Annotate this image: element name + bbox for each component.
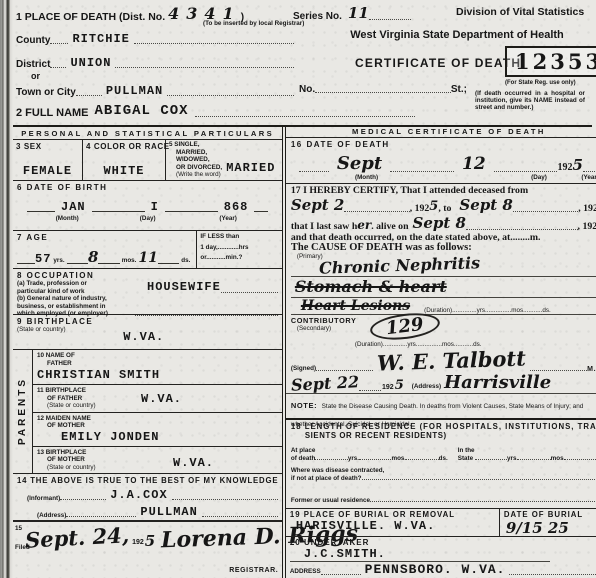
sign-date-address-line: Sept 22 192 5 (Address) Harrisville (286, 373, 596, 394)
contributory-code-value: 129 (385, 314, 425, 339)
if-less-line: 1 day,............hrs (200, 244, 279, 252)
informant-address-line: (Address) PULLMAN (17, 505, 278, 519)
medical-section-bar: MEDICAL CERTIFICATE OF DEATH (286, 127, 596, 138)
signed-label: (Signed) (291, 365, 316, 373)
filed-date-hand: Sept. 24, (24, 522, 129, 552)
filed-item-number: 15 (15, 525, 22, 533)
dotted-line (370, 500, 596, 502)
father-name-label: 10 NAME OF (37, 352, 278, 360)
mother-bp-label2: OF MOTHER (37, 456, 133, 464)
year-caption: (Year) (547, 174, 596, 181)
father-bp-label: 11 BIRTHPLACE (37, 387, 133, 395)
age-days-value: 11 (138, 250, 157, 266)
division-title: Division of Vital Statistics (456, 6, 584, 18)
last-saw-pre: that I last saw h (291, 221, 357, 232)
filed-block: 15 Filed Sept. 24, 192 5 Lorena D. Riggs… (13, 522, 282, 578)
cause-label: The CAUSE OF DEATH was as follows: (291, 242, 596, 253)
attended-from-date-hand: Sept 2 (291, 196, 344, 214)
dod-label: 16 DATE OF DEATH (291, 140, 596, 149)
burial-place-cell: 19 PLACE OF BURIAL OR REMOVAL HARISVILLE… (286, 509, 500, 536)
district-line: District UNION (16, 56, 294, 70)
dotted-line (513, 210, 578, 212)
in-state-label: In the (458, 447, 475, 455)
burial-row: 19 PLACE OF BURIAL OR REMOVAL HARISVILLE… (286, 509, 596, 537)
physician-signature: W. E. Talbott (377, 345, 527, 375)
age-months-value: 8 (88, 248, 98, 266)
burial-date-cell: DATE OF BURIAL 9/15 25 192 (500, 509, 596, 536)
dotted-line (221, 291, 279, 293)
sign-address-label: (Address) (412, 383, 441, 391)
dod-captions: (Month) (Day) (Year) (291, 174, 596, 181)
dob-values-line: JAN I 868 (17, 200, 278, 214)
dotted-line (50, 66, 66, 68)
dotted-line (315, 458, 347, 460)
dotted-line (369, 18, 411, 20)
father-name-row: 10 NAME OF FATHER CHRISTIAN SMITH (33, 350, 282, 385)
parents-block: PARENTS 10 NAME OF FATHER CHRISTIAN SMIT… (13, 350, 282, 474)
parents-label: PARENTS (17, 377, 28, 445)
informant-label: (Informant) (27, 495, 60, 503)
dotted-line (362, 478, 596, 480)
county-line: County RITCHIE (16, 32, 294, 46)
undertaker-name-line: J.C.SMITH. (290, 547, 550, 562)
occ-b-label-line: (b) General nature of industry, (17, 295, 135, 303)
dob-day-value: I (145, 200, 165, 214)
occ-b-label-line: business, or establishment in (17, 303, 135, 311)
race-cell: 4 COLOR OR RACE WHITE (83, 140, 166, 180)
mother-bp-note: (State or country) (37, 464, 133, 472)
dotted-line (565, 458, 596, 460)
death-certificate-scan: 1 PLACE OF DEATH (Dist. No. 4341 ) (To b… (0, 0, 596, 578)
dotted-line (202, 515, 279, 517)
county-label: County (16, 35, 50, 46)
race-label: 4 COLOR OR RACE (86, 142, 162, 151)
occupation-value: HOUSEWIFE (147, 280, 221, 295)
rule-line (158, 262, 179, 264)
occ-a-label-line: (a) Trade, profession or (17, 280, 125, 288)
mos-caption: mos. (391, 455, 406, 463)
age-row: 7 AGE 57 yrs. 8 mos. 11 ds. (13, 231, 282, 269)
age-years-value: 57 (35, 252, 51, 266)
marital-cell: 5 SINGLE, MARRIED, WIDOWED, OR DIVORCED,… (166, 140, 282, 180)
father-name-value: CHRISTIAN SMITH (37, 368, 278, 382)
burial-date-hand: 9/15 25 (506, 519, 569, 537)
dotted-line (530, 369, 587, 371)
last-saw-mid: . alive on (371, 221, 408, 232)
sign-year-printed: 192 (382, 384, 394, 391)
contracted-label-2: if not at place of death? (291, 475, 362, 483)
occupation-label: 8 OCCUPATION (17, 271, 278, 280)
month-caption: (Month) (299, 174, 434, 181)
dob-month-value: JAN (55, 200, 92, 214)
burial-place-label: 19 PLACE OF BURIAL OR REMOVAL (290, 510, 495, 519)
certify-line-1: 17 I HEREBY CERTIFY, That I attended dec… (291, 185, 596, 196)
length-of-residence-block: 18 LENGTH OF RESIDENCE (FOR HOSPITALS, I… (286, 420, 596, 444)
father-birthplace-row: 11 BIRTHPLACE OF FATHER (State or countr… (33, 385, 282, 413)
mother-name-row: 12 MAIDEN NAME OF MOTHER EMILY JONDEN (33, 413, 282, 447)
cause-line-3: Heart Lesions (Duration)..............yr… (291, 298, 596, 315)
day-caption: (Day) (434, 174, 547, 181)
year-192-printed: , 192 (410, 203, 430, 214)
mos-caption: mos. (551, 455, 566, 463)
sex-value: FEMALE (16, 164, 79, 178)
mother-bp-value: W.VA. (173, 456, 214, 470)
certificate-title: CERTIFICATE OF DEATH (355, 56, 521, 70)
full-name-line: 2 FULL NAME ABIGAL COX (16, 103, 584, 119)
contracted-label-1: Where was disease contracted, (291, 467, 596, 475)
in-state-label-stack: In the State (458, 447, 475, 462)
occupation-a-label: (a) Trade, profession or particular kind… (17, 280, 125, 295)
certify-line-2: Sept 2 , 192 5 , to Sept 8 , 192 5 (291, 196, 596, 214)
from-year-hand: 5 (429, 199, 438, 214)
dotted-line (344, 210, 409, 212)
personal-column: PERSONAL AND STATISTICAL PARTICULARS 3 S… (13, 127, 283, 578)
dotted-line (359, 458, 391, 460)
rule-line (27, 210, 55, 212)
parents-rows: 10 NAME OF FATHER CHRISTIAN SMITH 11 BIR… (33, 350, 282, 473)
mother-birthplace-row: 13 BIRTHPLACE OF MOTHER (State or countr… (33, 447, 282, 474)
dotted-line (466, 228, 578, 230)
age-main-cell: 7 AGE 57 yrs. 8 mos. 11 ds. (13, 231, 196, 268)
birthplace-row: 9 BIRTHPLACE (State or country) W.VA. (13, 315, 282, 350)
father-bp-value: W.VA. (141, 392, 182, 406)
attended-to-date-hand: Sept 8 (459, 196, 512, 214)
dod-year-hand: 5 (572, 156, 582, 174)
marital-write-word-note: (Write the word) (169, 171, 222, 179)
note-block: NOTE: State the Disease Causing Death. I… (286, 394, 596, 420)
rule-line (17, 262, 35, 264)
state-reg-note: (For State Reg. use only) (505, 80, 576, 88)
county-value: RITCHIE (72, 32, 129, 46)
certificate-header: 1 PLACE OF DEATH (Dist. No. 4341 ) (To b… (13, 0, 592, 125)
certificate-body: PERSONAL AND STATISTICAL PARTICULARS 3 S… (13, 125, 592, 578)
district-value: UNION (70, 56, 111, 70)
scan-binding-edge (0, 0, 13, 578)
sign-year-hand: 5 (395, 378, 404, 393)
full-name-value: ABIGAL COX (95, 103, 189, 119)
mother-name-label2: OF MOTHER (37, 422, 278, 430)
marital-label-line: MARRIED, (169, 149, 222, 157)
secondary-label: (Secondary) (291, 325, 357, 333)
father-bp-label-stack: 11 BIRTHPLACE OF FATHER (State or countr… (37, 387, 133, 410)
filed-year-printed: 192 (132, 539, 144, 546)
or-label: or (31, 71, 40, 81)
medical-column: MEDICAL CERTIFICATE OF DEATH 16 DATE OF … (285, 127, 596, 578)
mos-caption: mos. (122, 257, 137, 264)
dotted-line (475, 458, 507, 460)
date-of-death-row: 16 DATE OF DEATH Sept 12 192 5 (Month) (… (286, 138, 596, 184)
dotted-line (494, 170, 558, 172)
burial-place-value: HARISVILLE. W.VA. (296, 519, 495, 533)
filed-signature-line: Sept. 24, 192 5 Lorena D. Riggs (25, 524, 293, 550)
last-saw-pronoun-hand: er (357, 218, 371, 232)
contributory-label: CONTRIBUTORY (291, 316, 357, 325)
dotted-line (66, 515, 136, 517)
father-bp-label2: OF FATHER (37, 395, 133, 403)
in-state-label2: State (458, 455, 475, 463)
sign-address-hand: Harrisville (444, 372, 596, 393)
series-value: 11 (348, 4, 369, 22)
day-caption: (Day) (107, 215, 187, 222)
month-caption: (Month) (27, 215, 107, 222)
town-value: PULLMAN (106, 84, 163, 98)
marital-label-line: WIDOWED, (169, 156, 222, 164)
cause-tertiary-hand-struck: Heart Lesions (301, 298, 410, 314)
at-place-label-stack: At place of death (291, 447, 316, 462)
dotted-line (359, 389, 381, 391)
to-label: , to (438, 203, 451, 214)
street-number-line: No. St.; (299, 84, 467, 95)
dod-year-printed: 192 (557, 162, 572, 173)
disease-contracted-block: Where was disease contracted, if not at … (286, 465, 596, 489)
dotted-line (321, 573, 361, 575)
filed-year-hand: 5 (145, 532, 155, 550)
dotted-line (195, 115, 415, 117)
town-label: Town or City (16, 87, 76, 98)
certificate-number-stamp: 12353 (505, 46, 596, 77)
residence-label-2: SIENTS OR RECENT RESIDENTS) (291, 431, 596, 440)
undertaker-address-line: ADDRESS PENNSBORO. W.VA. (290, 562, 596, 577)
undertaker-address-value: PENNSBORO. W.VA. (365, 562, 506, 577)
cause-secondary-hand-struck: Stomach & heart (295, 277, 447, 296)
rule-line (92, 210, 145, 212)
contracted-line-2: if not at place of death? (291, 475, 596, 483)
rule-line (254, 210, 268, 212)
occupation-a-line: (a) Trade, profession or particular kind… (17, 280, 278, 295)
personal-section-bar: PERSONAL AND STATISTICAL PARTICULARS (13, 127, 282, 140)
full-name-label: 2 FULL NAME (16, 107, 89, 119)
yrs-caption: yrs. (53, 257, 64, 264)
rule-line (165, 210, 218, 212)
signed-line: (Signed) W. E. Talbott M. D. (286, 349, 596, 373)
dotted-line (406, 458, 438, 460)
undertaker-value: J.C.SMITH. (304, 547, 386, 561)
if-less-line: or...........min.? (200, 254, 279, 262)
at-place-label: At place (291, 447, 316, 455)
residence-label-1: 18 LENGTH OF RESIDENCE (FOR HOSPITALS, I… (291, 422, 596, 431)
dotted-line (509, 573, 596, 575)
dotted-line (60, 498, 106, 500)
dob-year-value: 868 (218, 200, 255, 214)
race-value: WHITE (86, 164, 162, 178)
marital-value: MARIED (226, 161, 275, 175)
contributory-label-stack: CONTRIBUTORY (Secondary) (291, 316, 357, 339)
certify-line-3: that I last saw h er . alive on Sept 8 ,… (291, 214, 596, 232)
dod-day-value: 12 (454, 154, 494, 174)
yrs-caption: yrs. (507, 455, 518, 463)
informant-value: J.A.COX (110, 488, 167, 502)
dotted-line (315, 91, 451, 93)
mother-bp-label: 13 BIRTHPLACE (37, 449, 133, 457)
place-of-death-label: 1 PLACE OF DEATH (Dist. No. (16, 11, 165, 23)
informant-line: (Informant) J.A.COX (17, 488, 278, 502)
age-label: 7 AGE (17, 233, 192, 242)
year-caption: (Year) (188, 215, 268, 222)
registrar-label: REGISTRAR. (229, 567, 278, 574)
district-label: District (16, 59, 50, 70)
dod-values-line: Sept 12 192 5 (291, 153, 596, 174)
contributory-line: CONTRIBUTORY (Secondary) 129 (291, 316, 596, 339)
dob-captions: (Month) (Day) (Year) (17, 214, 278, 222)
occupation-row: 8 OCCUPATION (a) Trade, profession or pa… (13, 269, 282, 315)
informant-address-value: PULLMAN (140, 505, 197, 519)
former-residence-line: Former or usual residence (286, 489, 596, 509)
mother-name-value: EMILY JONDEN (61, 430, 278, 444)
year-192-printed: , 192 (578, 221, 596, 232)
marital-label-line: 5 SINGLE, (169, 141, 222, 149)
informant-address-label: (Address) (37, 512, 66, 520)
dotted-line (299, 170, 329, 172)
birthplace-note: (State or country) (17, 326, 93, 334)
yrs-caption: yrs. (348, 455, 359, 463)
dotted-line (390, 170, 454, 172)
dotted-line (583, 170, 596, 172)
rule-line (98, 262, 119, 264)
dotted-line (50, 42, 68, 44)
sex-cell: 3 SEX FEMALE (13, 140, 83, 180)
personal-section-title: PERSONAL AND STATISTICAL PARTICULARS (21, 129, 274, 138)
dotted-line (316, 369, 373, 371)
last-saw-date-hand: Sept 8 (413, 214, 466, 232)
if-less-than-day-cell: IF LESS than 1 day,............hrs or...… (196, 231, 282, 268)
dotted-line (134, 42, 294, 44)
year-192-printed: , 192 (578, 203, 596, 214)
mother-name-label: 12 MAIDEN NAME (37, 415, 278, 423)
cause-of-death-block: The CAUSE OF DEATH was as follows: (Prim… (286, 242, 596, 349)
series-label: Series No. (293, 11, 342, 22)
former-residence-label: Former or usual residence (291, 497, 370, 505)
ds-caption: ds. (439, 455, 448, 463)
birthplace-value: W.VA. (123, 330, 164, 344)
rule-line (67, 262, 88, 264)
marital-label-stack: 5 SINGLE, MARRIED, WIDOWED, OR DIVORCED,… (169, 141, 222, 179)
occ-a-label-line: particular kind of work (17, 288, 125, 296)
truth-statement: 14 THE ABOVE IS TRUE TO THE BEST OF MY K… (17, 476, 278, 485)
dotted-line (518, 458, 550, 460)
ds-caption: ds. (181, 257, 190, 264)
informant-block: 14 THE ABOVE IS TRUE TO THE BEST OF MY K… (13, 474, 282, 522)
parents-side-strip: PARENTS (13, 350, 33, 473)
if-less-line: IF LESS than (200, 233, 279, 241)
dotted-line (167, 94, 294, 96)
dob-label: 6 DATE OF BIRTH (17, 183, 278, 192)
cause-primary-hand: Chronic Nephritis (319, 254, 481, 279)
at-place-label2: of death (291, 455, 316, 463)
sex-race-marital-row: 3 SEX FEMALE 4 COLOR OR RACE WHITE 5 SIN… (13, 140, 282, 181)
duration-caption: (Duration)..............yrs.............… (424, 307, 596, 315)
dod-month-value: Sept (329, 153, 390, 174)
street-no-label: No. (299, 84, 315, 95)
father-bp-note: (State or country) (37, 402, 133, 410)
age-values-line: 57 yrs. 8 mos. 11 ds. (17, 248, 192, 266)
dotted-line (115, 66, 294, 68)
department-title: West Virginia State Department of Health (331, 29, 583, 41)
birthplace-label: 9 BIRTHPLACE (17, 317, 93, 326)
note-label: NOTE: (291, 401, 317, 410)
street-label: St.; (451, 84, 467, 95)
mother-bp-label-stack: 13 BIRTHPLACE OF MOTHER (State or countr… (37, 449, 133, 472)
dotted-line (76, 94, 102, 96)
date-of-birth-row: 6 DATE OF BIRTH JAN I 868 (Month) (Day) … (13, 181, 282, 231)
residence-duration-line: At place of death yrs. mos. ds. In the S… (286, 444, 596, 465)
sign-date-hand: Sept 22 (290, 372, 359, 395)
burial-date-label: DATE OF BURIAL (504, 510, 596, 519)
certify-block: 17 I HEREBY CERTIFY, That I attended dec… (286, 184, 596, 242)
medical-section-title: MEDICAL CERTIFICATE OF DEATH (352, 127, 546, 136)
series-line: Series No. 11 (293, 4, 411, 22)
sex-label: 3 SEX (16, 142, 79, 151)
marital-label-line: OR DIVORCED, (169, 164, 222, 172)
cause-line-2: Stomach & heart (291, 277, 596, 298)
cause-line-1: Chronic Nephritis (291, 256, 596, 277)
registrar-insert-note: (To be inserted by local Registrar) (203, 20, 304, 28)
birthplace-label-stack: 9 BIRTHPLACE (State or country) (17, 317, 93, 347)
father-name-label2: FATHER (37, 360, 278, 368)
certificate-content: 1 PLACE OF DEATH (Dist. No. 4341 ) (To b… (13, 0, 592, 578)
undertaker-address-label: ADDRESS (290, 568, 321, 576)
dotted-line (172, 498, 279, 500)
town-line: Town or City PULLMAN (16, 84, 294, 98)
